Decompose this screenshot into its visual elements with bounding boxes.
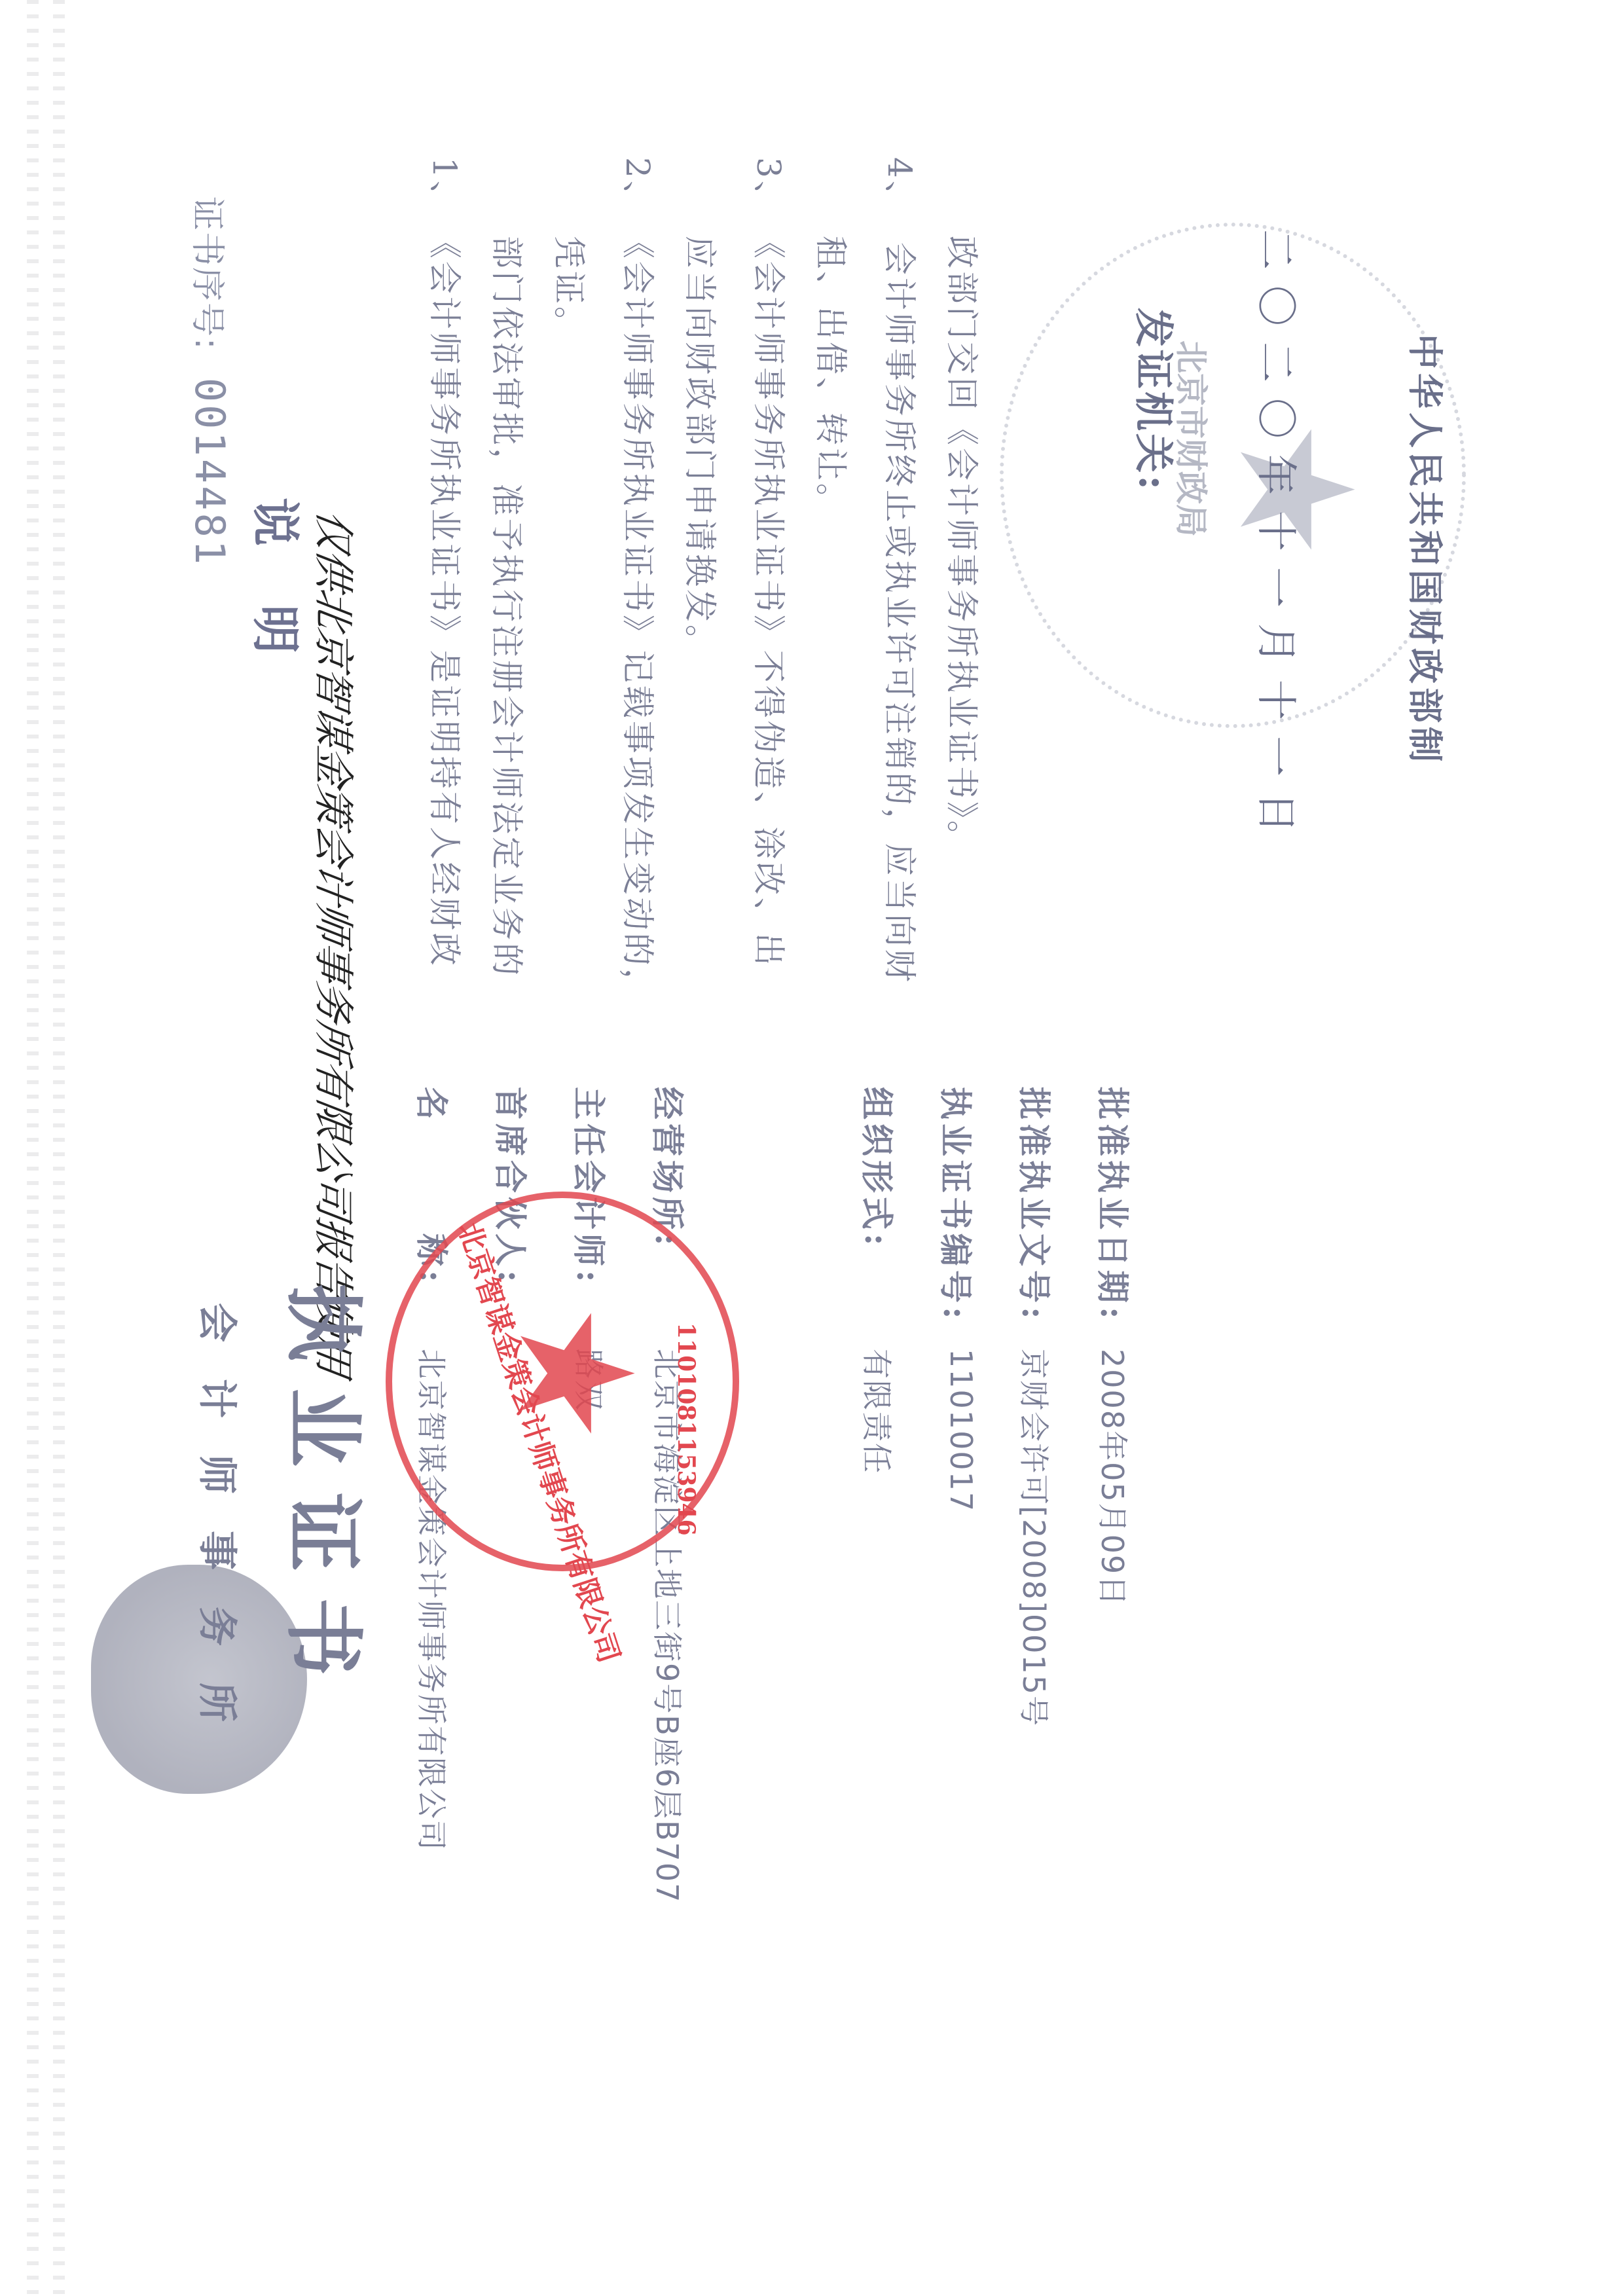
serial-value: 0014481: [186, 378, 234, 567]
instruction-line: 租、出借、转让。: [810, 236, 857, 519]
instruction-line: 应当向财政部门申请换发。: [679, 236, 726, 660]
instruction-text: 会计师事务所终止或执业许可注销的，应当向财: [881, 242, 919, 985]
instruction-line: 政部门交回《会计师事务所执业证书》。: [941, 236, 988, 856]
field-value: 有限责任: [857, 1349, 900, 1474]
field-value: 2008年05月09日: [1093, 1349, 1136, 1607]
instruction-number: 1、: [426, 157, 464, 216]
ministry-credit: 中华人民共和国财政部制: [1402, 334, 1453, 766]
issuer-label: 发证机关:: [1128, 308, 1184, 492]
field-label: 批准执业文号:: [1013, 1087, 1060, 1322]
heading-sub: 会计师事务所: [192, 1303, 248, 1758]
field-label: 执业证书编号:: [934, 1087, 981, 1322]
field-label: 批准执业日期:: [1091, 1087, 1139, 1322]
instructions-title: 说明: [244, 498, 314, 712]
instruction-text: 《会计师事务所执业证书》记载事项发生变动的，: [619, 242, 657, 1004]
instruction-line: 凭证。: [548, 236, 595, 342]
company-seal-code: 1101081153946: [672, 1322, 700, 1536]
scan-noise: [53, 0, 65, 2296]
instruction-text: 《会计师事务所执业证书》不得伪造、涂改、出: [750, 242, 788, 968]
field-value: 京财会许可[2008]0015号: [1014, 1349, 1057, 1727]
issue-date: 二〇二〇年十一月十一日: [1250, 229, 1309, 848]
instruction-text: 《会计师事务所执业证书》是证明持有人经财政: [426, 242, 464, 968]
instruction-line: 1、《会计师事务所执业证书》是证明持有人经财政: [424, 157, 471, 968]
instruction-line: 2、《会计师事务所执业证书》记载事项发生变动的，: [617, 157, 664, 1004]
instruction-text: 应当向财政部门申请换发。: [681, 236, 719, 660]
instruction-number: 2、: [619, 157, 657, 216]
scan-noise: [27, 0, 39, 2296]
field-label: 组织形式:: [856, 1087, 903, 1249]
instruction-number: 4、: [881, 157, 919, 216]
instruction-text: 租、出借、转让。: [812, 236, 850, 519]
certificate-sheet: 证书序号: 0014481 仅供北京智谋金策会计师事务所有限公司报告使用 说明 …: [0, 0, 1623, 2296]
serial-label: 证书序号:: [187, 196, 227, 351]
instruction-text: 政部门交回《会计师事务所执业证书》。: [943, 236, 981, 856]
instruction-text: 凭证。: [550, 236, 588, 342]
field-value: 11010017: [943, 1349, 979, 1512]
instruction-line: 4、会计师事务所终止或执业许可注销的，应当向财: [879, 157, 926, 985]
instruction-line: 3、《会计师事务所执业证书》不得伪造、涂改、出: [748, 157, 795, 968]
instruction-number: 3、: [750, 157, 788, 216]
serial-number: 证书序号: 0014481: [186, 196, 235, 567]
instruction-text: 部门依法审批，准予执行注册会计师法定业务的: [488, 236, 526, 978]
instruction-line: 部门依法审批，准予执行注册会计师法定业务的: [486, 236, 533, 978]
